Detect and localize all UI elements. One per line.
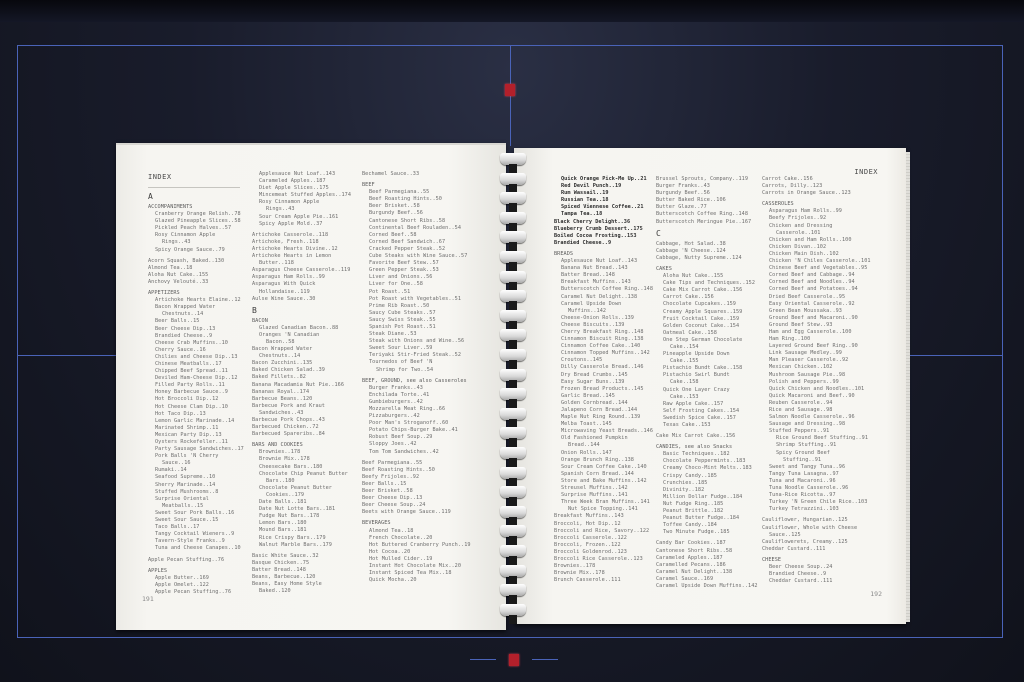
index-entry: Breakfast Muffins..143: [554, 513, 653, 520]
index-entry: Instant Spiced Tea Mix..18: [362, 570, 471, 577]
index-entry: Muffins..142: [554, 308, 653, 315]
index-entry: Ham Ring..100: [762, 336, 871, 343]
binding-ring: [500, 212, 526, 224]
index-entry: Rings..43: [148, 239, 244, 246]
index-entry: Swedish Spice Cake..157: [656, 415, 758, 422]
index-entry: Gumbieburgers..42: [362, 399, 471, 406]
index-entry: Brunch Casserole..111: [554, 577, 653, 584]
mid-guide-left: [18, 355, 116, 356]
index-entry: Pot Roast..51: [362, 289, 471, 296]
index-entry: Cantonese Short Ribs..58: [362, 218, 471, 225]
index-entry: Barbecue Pork and Kraut: [252, 403, 351, 410]
index-entry: Salmon Noodle Casserole..96: [762, 414, 871, 421]
right-page-title: INDEX: [854, 168, 878, 176]
index-entry: Layered Ground Beef Ring..90: [762, 343, 871, 350]
index-entry: Texas Cake..153: [656, 422, 758, 429]
index-entry: Anchovy Velouté..33: [148, 279, 244, 286]
index-entry: Nut Fudge Ring..185: [656, 501, 758, 508]
index-entry: Ground Beef and Macaroni..90: [762, 315, 871, 322]
index-entry: Tuna-Rice Ricotta..97: [762, 492, 871, 499]
index-entry: Aloha Nut Cake..155: [148, 272, 244, 279]
index-entry: Basque Chicken..75: [252, 560, 351, 567]
index-entry: Corned Beef and Cabbage..94: [762, 272, 871, 279]
index-entry: Deviled Ham-Cheese Dip..12: [148, 375, 244, 382]
index-entry: Blueberry Crumb Dessert..175: [554, 226, 653, 233]
index-entry: Sweet Sour Sauce..15: [148, 517, 244, 524]
index-entry: Bacon..58: [252, 339, 351, 346]
binding-ring: [500, 349, 526, 361]
index-entry: Rosy Cinnamon Apple: [252, 199, 351, 206]
index-entry: Spicy Orange Sauce..79: [148, 247, 244, 254]
index-entry: Dried Beef Casserole..95: [762, 294, 871, 301]
binding-ring: [500, 251, 526, 263]
index-entry: Artichoke Hearts Elaine..12: [148, 297, 244, 304]
index-entry: Date Nut Lotte Bars..181: [252, 506, 351, 513]
index-entry: Honey Barbecue Sauce..9: [148, 389, 244, 396]
index-entry: Artichoke, Fresh..118: [252, 239, 351, 246]
index-entry: Sausage and Dressing..98: [762, 421, 871, 428]
binding-ring: [500, 486, 526, 498]
index-entry: Butterscotch Coffee Ring..148: [554, 286, 653, 293]
index-entry: Cheesecake Bars..180: [252, 464, 351, 471]
index-entry: Croutons..145: [554, 357, 653, 364]
index-entry: Basic White Sauce..32: [252, 553, 351, 560]
index-letter: C: [656, 229, 758, 239]
index-entry: Beer Brisket..58: [362, 203, 471, 210]
center-guide-top-lower: [510, 96, 511, 146]
index-entry: Beer Brisket..58: [362, 488, 471, 495]
index-category-heading: BREADS: [554, 251, 653, 258]
index-entry: Continental Beef Rouladen..54: [362, 225, 471, 232]
binding-ring: [500, 525, 526, 537]
index-entry: Asparagus Ham Rolls..99: [252, 274, 351, 281]
binding-ring: [500, 369, 526, 381]
index-entry: Rice Crispy Bars..179: [252, 535, 351, 542]
index-entry: Carrots, Dilly..123: [762, 183, 871, 190]
index-category-heading: CANDIES, see also Snacks: [656, 444, 758, 451]
binding-ring: [500, 329, 526, 341]
index-entry: Butterscotch Meringue Pie..167: [656, 219, 758, 226]
index-entry: Hot Cocoa..20: [362, 549, 471, 556]
index-entry: Enchilada Torte..41: [362, 392, 471, 399]
index-entry: Crunchies..185: [656, 480, 758, 487]
binding-ring: [500, 565, 526, 577]
index-entry: Quick Orange Pick-Me Up..21: [554, 176, 653, 183]
index-entry: Brandied Cheese..9: [148, 333, 244, 340]
index-entry: Rosy Cinnamon Apple: [148, 232, 244, 239]
index-entry: Dry Bread Crumbs..145: [554, 372, 653, 379]
index-entry: Barbecue Beans..120: [252, 396, 351, 403]
index-entry: Carrots in Orange Sauce..123: [762, 190, 871, 197]
index-entry: Artichoke Hearts Divine..12: [252, 246, 351, 253]
index-entry: Marinated Shrimp..11: [148, 425, 244, 432]
index-entry: Filled Party Rolls..11: [148, 382, 244, 389]
left-page-title: INDEX: [148, 173, 172, 181]
index-entry: Cinnamon Biscuit Ring..138: [554, 336, 653, 343]
index-entry: Red Devil Punch..19: [554, 183, 653, 190]
index-category-heading: BEEF: [362, 182, 471, 189]
index-entry: Ground Beef Stew..93: [762, 322, 871, 329]
index-entry: Raw Apple Cake..157: [656, 401, 758, 408]
index-entry: Hot Cheese Clam Dip..10: [148, 404, 244, 411]
index-entry: Tavern-Style Franks..9: [148, 538, 244, 545]
index-entry: Butter Baked Rice..106: [656, 197, 758, 204]
index-entry: Sour Cream Apple Pie..161: [252, 214, 351, 221]
index-entry: Mushroom Sausage Pie..98: [762, 372, 871, 379]
index-entry: Beans, Easy Home Style: [252, 581, 351, 588]
index-entry: Cracked Pepper Steak..52: [362, 246, 471, 253]
index-entry: Caramel Nut Delight..138: [656, 569, 758, 576]
index-entry: Sherry Marinade..14: [148, 482, 244, 489]
index-entry: Potato Chips-Burger Bake..41: [362, 427, 471, 434]
index-entry: Mound Bars..181: [252, 527, 351, 534]
index-entry: Chestnuts..14: [252, 353, 351, 360]
index-entry: Cake..158: [656, 379, 758, 386]
index-entry: Chicken Main Dish..102: [762, 251, 871, 258]
index-entry: Cheddar Custard..111: [762, 546, 871, 553]
index-entry: Rice Ground Beef Stuffing..91: [762, 435, 871, 442]
index-entry: Spicy Apple Mold..37: [252, 221, 351, 228]
index-entry: Asparagus With Quick: [252, 281, 351, 288]
index-entry: Barbecued Chicken..72: [252, 424, 351, 431]
index-entry: Garlic Bread..145: [554, 393, 653, 400]
index-entry: Burger Franks..43: [362, 385, 471, 392]
index-entry: Quick Chicken and Noodles..101: [762, 386, 871, 393]
index-entry: Burgundy Beef..56: [362, 210, 471, 217]
index-entry: Poor Man's Stroganoff..60: [362, 420, 471, 427]
index-entry: Cake Mix Carrot Cake..156: [656, 287, 758, 294]
binding-ring: [500, 192, 526, 204]
index-entry: Mexican Chicken..102: [762, 364, 871, 371]
index-entry: Cookies..179: [252, 492, 351, 499]
index-entry: Mincemeat Stuffed Apples..174: [252, 192, 351, 199]
index-entry: Caramel Upside Down Muffins..142: [656, 583, 758, 590]
index-entry: Cinnamon Coffee Cake..140: [554, 343, 653, 350]
index-entry: Tuna and Cheese Canapes..10: [148, 545, 244, 552]
index-entry: Steak with Onions and Wine..56: [362, 338, 471, 345]
index-entry: Beef Roasting Hints..50: [362, 467, 471, 474]
index-entry: Shrimp Stuffing..91: [762, 442, 871, 449]
title-rule: [148, 187, 240, 188]
index-entry: Corned Beef and Noodles..94: [762, 279, 871, 286]
index-entry: Bananas Royal..174: [252, 389, 351, 396]
index-entry: Seafood Supreme..10: [148, 474, 244, 481]
index-entry: Cabbage, Hot Salad..38: [656, 241, 758, 248]
index-entry: Sloppy Joes..42: [362, 441, 471, 448]
index-entry: Casserole..101: [762, 230, 871, 237]
index-entry: Cranberry Orange Relish..78: [148, 211, 244, 218]
index-entry: Sweet Sour Pork Balls..16: [148, 510, 244, 517]
index-entry: Brownie Mix..178: [252, 456, 351, 463]
index-entry: Date Balls..181: [252, 499, 351, 506]
index-entry: Cinnamon Topped Muffins..142: [554, 350, 653, 357]
index-entry: Million Dollar Fudge..184: [656, 494, 758, 501]
index-entry: Sweet Sour Liver..59: [362, 345, 471, 352]
index-entry: Cauliflower, Hungarian..125: [762, 517, 871, 524]
index-entry: Basic Techniques..182: [656, 451, 758, 458]
index-entry: Walnut Marble Bars..179: [252, 542, 351, 549]
index-entry: Dilly Casserole Bread..146: [554, 364, 653, 371]
index-entry: Saucy Cube Steaks..57: [362, 310, 471, 317]
index-entry: Pistachio Swirl Bundt: [656, 372, 758, 379]
index-entry: Tuna and Macaroni..96: [762, 478, 871, 485]
index-entry: Aloha Nut Cake..155: [656, 273, 758, 280]
index-entry: Broccoli and Rice, Savory..122: [554, 528, 653, 535]
index-entry: Corned Beef Sandwich..67: [362, 239, 471, 246]
index-entry: Stuffed Peppers..91: [762, 428, 871, 435]
index-entry: Glazed Pineapple Slices..58: [148, 218, 244, 225]
index-entry: Asparagus Ham Rolls..99: [762, 208, 871, 215]
index-entry: Green Bean Moussaka..93: [762, 308, 871, 315]
index-entry: Cantonese Short Ribs..58: [656, 548, 758, 555]
index-entry: Chinese Meatballs..17: [148, 361, 244, 368]
index-entry: Spanish Corn Bread..144: [554, 471, 653, 478]
top-registration-marker: [505, 84, 515, 96]
binding-ring: [500, 271, 526, 283]
index-entry: Tournedos of Beef 'N: [362, 359, 471, 366]
index-entry: Cherry Breakfast Ring..148: [554, 329, 653, 336]
index-entry: Chipped Beef Spread..11: [148, 368, 244, 375]
index-category-heading: APPLES: [148, 568, 244, 575]
index-entry: Cheddar Custard..111: [762, 578, 871, 585]
index-entry: Bechamel Sauce..33: [362, 171, 471, 178]
index-entry: Brussel Sprouts, Company..119: [656, 176, 758, 183]
index-entry: Barbecue Pork Chops..43: [252, 417, 351, 424]
index-entry: Saucy Swiss Steak..55: [362, 317, 471, 324]
index-entry: Artichoke Hearts in Lemon: [252, 253, 351, 260]
index-entry: Carameled Apples..187: [252, 178, 351, 185]
index-entry: Batter Bread..148: [252, 567, 351, 574]
index-entry: Green Pepper Steak..53: [362, 267, 471, 274]
index-entry: Favorite Beef Stew..57: [362, 260, 471, 267]
binding-ring: [500, 506, 526, 518]
index-entry: Chocolate Chip Peanut Butter: [252, 471, 351, 478]
index-entry: Man Pleaser Casserole..92: [762, 357, 871, 364]
index-entry: Spicy Ground Beef: [762, 450, 871, 457]
index-entry: Chicken and Ham Rolls..100: [762, 237, 871, 244]
binding-ring: [500, 153, 526, 165]
index-entry: Spanish Pot Roast..51: [362, 324, 471, 331]
index-category-heading: BARS AND COOKIES: [252, 442, 351, 449]
index-entry: Cheese Biscuits..139: [554, 322, 653, 329]
index-entry: Baked..120: [252, 588, 351, 595]
index-entry: Brownie Mix..178: [554, 570, 653, 577]
index-entry: Cherry Sauce..16: [148, 347, 244, 354]
index-entry: Caramelled Pecans..186: [656, 562, 758, 569]
index-entry: Almond Tea..18: [362, 528, 471, 535]
index-entry: Carrot Cake..156: [762, 176, 871, 183]
index-entry: Cauliflowerets, Creamy..125: [762, 539, 871, 546]
index-entry: Easy Sugar Buns..139: [554, 379, 653, 386]
index-column-3: Bechamel Sauce..33BEEFBeef Parmegiana..5…: [362, 171, 471, 584]
index-entry: Golden Coconut Cake..154: [656, 323, 758, 330]
index-entry: Crispy Candy..185: [656, 473, 758, 480]
index-entry: Banana Macadamia Nut Pie..166: [252, 382, 351, 389]
index-entry: Beets with Orange Sauce..119: [362, 509, 471, 516]
index-entry: Tuna Noodle Casserole..96: [762, 485, 871, 492]
index-entry: Acorn Squash, Baked..130: [148, 258, 244, 265]
index-entry: Almond Tea..18: [148, 265, 244, 272]
index-entry: Chilies and Cheese Dip..13: [148, 354, 244, 361]
index-entry: Diet Apple Slices..175: [252, 185, 351, 192]
index-entry: Cake Tips and Techniques..152: [656, 280, 758, 287]
index-entry: Caramel Nut Delight..138: [554, 294, 653, 301]
index-entry: Breakfast Muffins..143: [554, 279, 653, 286]
index-entry: Sour Cream Coffee Cake..140: [554, 464, 653, 471]
index-entry: Shrimp for Two..54: [362, 367, 471, 374]
index-entry: Reuben Casserole..94: [762, 400, 871, 407]
index-entry: Brandied Cheese..9: [554, 240, 653, 247]
index-entry: Cube Steaks with Wine Sauce..57: [362, 253, 471, 260]
index-entry: French Chocolate..20: [362, 535, 471, 542]
index-entry: Cabbage, Nutty Supreme..124: [656, 255, 758, 262]
index-entry: Corned Beef..58: [362, 232, 471, 239]
index-category-heading: CASSEROLES: [762, 201, 871, 208]
index-entry: Pickled Peach Halves..57: [148, 225, 244, 232]
index-entry: Mexican Party Dip..13: [148, 432, 244, 439]
index-entry: Self Frosting Cakes..154: [656, 408, 758, 415]
index-entry: Oatmeal Cake..158: [656, 330, 758, 337]
index-entry: Turkey 'N Green Chile Rice..103: [762, 499, 871, 506]
binding-ring: [500, 604, 526, 616]
index-entry: Cake..154: [656, 344, 758, 351]
index-entry: Quick Macaroni and Beef..90: [762, 393, 871, 400]
index-entry: Beer Cheese Soup..24: [362, 502, 471, 509]
index-entry: Surprise Oriental: [148, 496, 244, 503]
index-entry: Beer Cheese Dip..13: [148, 326, 244, 333]
index-entry: Cauliflower, Whole with Cheese: [762, 525, 871, 532]
index-entry: Cake..155: [656, 358, 758, 365]
index-column-1: AACCOMPANIMENTSCranberry Orange Relish..…: [148, 189, 244, 596]
index-entry: Cake Mix Carrot Cake..156: [656, 433, 758, 440]
index-entry: Sweet and Tangy Tuna..96: [762, 464, 871, 471]
index-column-5: Brussel Sprouts, Company..119Burger Fran…: [656, 176, 758, 590]
index-entry: Carameled Apples..187: [656, 555, 758, 562]
index-entry: Pot Roast with Vegetables..51: [362, 296, 471, 303]
index-entry: Baked Chicken Salad..39: [252, 367, 351, 374]
index-entry: Melba Toast..145: [554, 421, 653, 428]
index-entry: Hot Mulled Cider..19: [362, 556, 471, 563]
index-entry: Link Sausage Medley..99: [762, 350, 871, 357]
index-entry: Steak Diane..53: [362, 331, 471, 338]
index-entry: Beef Roasting Hints..50: [362, 196, 471, 203]
binding-ring: [500, 290, 526, 302]
index-entry: Hot Broccoli Dip..12: [148, 396, 244, 403]
index-entry: Carrot Cake..156: [656, 294, 758, 301]
index-entry: Mozzarella Meat Ring..66: [362, 406, 471, 413]
index-entry: Orange Brunch Ring..138: [554, 457, 653, 464]
index-entry: Bacon Zucchini..135: [252, 360, 351, 367]
index-entry: Bacon Wrapped Water: [252, 346, 351, 353]
index-entry: Toffee Candy..184: [656, 522, 758, 529]
index-entry: Brownies..178: [252, 449, 351, 456]
index-entry: Surprise Muffins..141: [554, 492, 653, 499]
index-entry: Beer Balls..15: [362, 481, 471, 488]
index-entry: Creamy Apple Squares..159: [656, 309, 758, 316]
index-entry: Chicken and Dressing: [762, 223, 871, 230]
index-entry: Tampa Tea..18: [554, 211, 653, 218]
index-entry: Teriyaki Stir-Fried Steak..52: [362, 352, 471, 359]
index-entry: Broccoli Rice Casserole..123: [554, 556, 653, 563]
right-page: INDEX Quick Orange Pick-Me Up..21Red Dev…: [514, 148, 906, 624]
binding-ring: [500, 427, 526, 439]
index-entry: One Step German Chocolate: [656, 337, 758, 344]
index-entry: Turkey Tetrazzini..103: [762, 506, 871, 513]
index-entry: Easy Oriental Casserole..92: [762, 301, 871, 308]
index-entry: Pizzaburgers..42: [362, 413, 471, 420]
index-entry: Sauce..16: [148, 460, 244, 467]
index-entry: Hot Taco Dip..13: [148, 411, 244, 418]
index-entry: Apple Pecan Stuffing..76: [148, 589, 244, 596]
index-entry: Batter Bread..148: [554, 272, 653, 279]
index-entry: Party Sausage Sandwiches..17: [148, 446, 244, 453]
index-entry: Beer Balls..15: [148, 318, 244, 325]
index-entry: Apple Butter..169: [148, 575, 244, 582]
index-entry: Hot Buttered Cranberry Punch..19: [362, 542, 471, 549]
index-entry: Brownies..178: [554, 563, 653, 570]
index-entry: Fruit Cocktail Cake..159: [656, 316, 758, 323]
index-entry: Beefy Frijoles..92: [362, 474, 471, 481]
index-category-heading: CAKES: [656, 266, 758, 273]
index-category-heading: BACON: [252, 318, 351, 325]
index-letter: B: [252, 306, 351, 316]
index-entry: Old Fashioned Pumpkin: [554, 435, 653, 442]
index-letter: A: [148, 192, 244, 202]
index-entry: Russian Tea..18: [554, 197, 653, 204]
index-entry: Beer Cheese Soup..24: [762, 564, 871, 571]
index-entry: Asparagus Cheese Casserole..119: [252, 267, 351, 274]
index-entry: Liver for One..58: [362, 281, 471, 288]
index-entry: Rice and Sausage..98: [762, 407, 871, 414]
binding-ring: [500, 447, 526, 459]
index-column-6: Carrot Cake..156Carrots, Dilly..123Carro…: [762, 176, 871, 585]
index-entry: Onion Rolls..147: [554, 450, 653, 457]
index-entry: Frozen Bread Products..145: [554, 386, 653, 393]
index-category-heading: APPETIZERS: [148, 290, 244, 297]
index-entry: Prime Rib Roast..50: [362, 303, 471, 310]
index-entry: Instant Hot Chocolate Mix..20: [362, 563, 471, 570]
index-entry: Cheese-Onion Rolls..139: [554, 315, 653, 322]
index-entry: Broccoli Casserole..122: [554, 535, 653, 542]
index-entry: Quick Mocha..20: [362, 577, 471, 584]
index-entry: Rings..43: [252, 206, 351, 213]
index-entry: Spiced Viennese Coffee..21: [554, 204, 653, 211]
index-entry: Streusel Muffins..142: [554, 485, 653, 492]
index-entry: Burgundy Beef..56: [656, 190, 758, 197]
index-entry: Two Minute Fudge..185: [656, 529, 758, 536]
right-page-number: 192: [870, 590, 882, 598]
index-entry: Quick One Layer Crazy: [656, 387, 758, 394]
index-entry: Chinese Beef and Vegetables..95: [762, 265, 871, 272]
index-entry: Butter..118: [252, 260, 351, 267]
bottom-registration-marker: [509, 654, 519, 666]
index-entry: Tangy Cocktail Wieners..9: [148, 531, 244, 538]
index-entry: Stuffing..91: [762, 457, 871, 464]
index-entry: Three Week Bran Muffins..141: [554, 499, 653, 506]
binding-ring: [500, 173, 526, 185]
index-entry: Broccoli Goldenrod..123: [554, 549, 653, 556]
index-entry: Oysters Rockefeller..11: [148, 439, 244, 446]
binding-ring: [500, 408, 526, 420]
index-entry: Chestnuts..14: [148, 311, 244, 318]
index-entry: Caramel Sauce..169: [656, 576, 758, 583]
index-entry: Beer Cheese Dip..13: [362, 495, 471, 502]
index-entry: Jalapeno Corn Bread..144: [554, 407, 653, 414]
index-entry: Stuffed Mushrooms..8: [148, 489, 244, 496]
left-page: INDEX AACCOMPANIMENTSCranberry Orange Re…: [116, 143, 506, 630]
index-entry: Cabbage 'N Cheese..124: [656, 248, 758, 255]
index-entry: Artichoke Casserole..118: [252, 232, 351, 239]
